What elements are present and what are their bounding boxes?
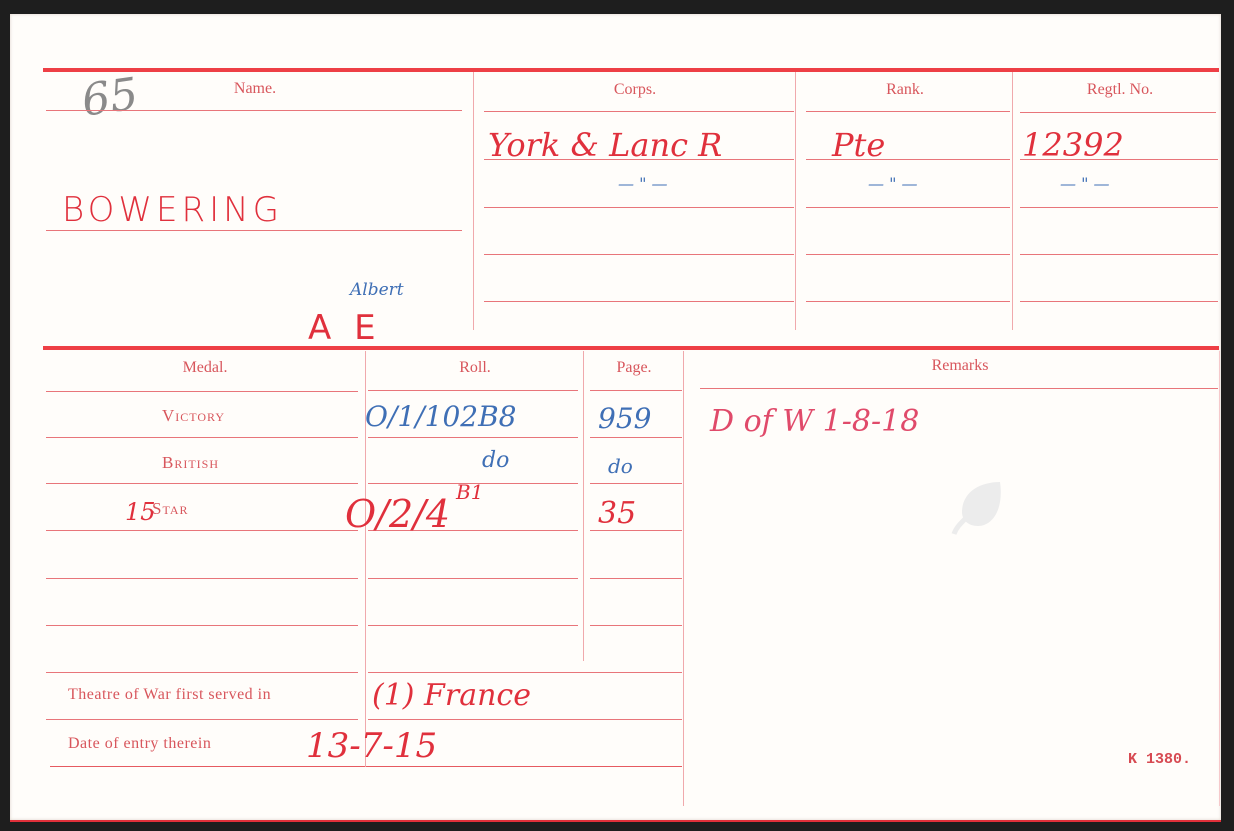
entry-date-label: Date of entry therein [68, 735, 211, 753]
regtl-no-value: 12392 [1022, 126, 1124, 164]
forename-note: Albert [350, 280, 404, 300]
medal-victory: Victory [162, 406, 225, 426]
entry-date-value: 13-7-15 [306, 726, 437, 766]
surname: BOWERING [62, 190, 283, 230]
pencil-number: 65 [79, 68, 142, 126]
theatre-label: Theatre of War first served in [68, 686, 271, 704]
header-page: Page. [588, 359, 680, 377]
header-regtl-no: Regtl. No. [1025, 81, 1215, 99]
regtl-no-ditto: — " — [1060, 174, 1110, 193]
header-roll: Roll. [380, 359, 570, 377]
rank-value: Pte [832, 126, 885, 164]
initials: A E [308, 308, 382, 348]
roll-british: do [482, 448, 509, 473]
roll-victory: O/1/102B8 [365, 400, 516, 433]
header-corps: Corps. [540, 81, 730, 99]
watermark-leaf-icon [950, 480, 1010, 536]
header-remarks: Remarks [860, 357, 1060, 375]
theatre-value: (1) France [372, 678, 531, 713]
page-star: 35 [598, 496, 636, 531]
roll-star: O/2/4 [345, 492, 450, 536]
page-victory: 959 [598, 402, 651, 435]
header-medal: Medal. [110, 359, 300, 377]
roll-star-sup: B1 [456, 480, 483, 504]
star-prefix: 15 [125, 498, 156, 526]
name-underline [46, 230, 462, 231]
medal-star: Star [152, 499, 189, 519]
corps-value: York & Lanc R [488, 126, 722, 164]
medal-british: British [162, 453, 219, 473]
rank-ditto: — " — [868, 174, 918, 193]
header-name: Name. [160, 80, 350, 98]
top-rule [43, 68, 1219, 72]
corps-ditto: — " — [618, 174, 668, 193]
form-code: K 1380. [1128, 751, 1191, 768]
remarks-value: D of W 1-8-18 [710, 404, 919, 439]
page-british: do [608, 454, 633, 478]
mid-rule [43, 346, 1219, 350]
header-rank: Rank. [810, 81, 1000, 99]
medal-index-card: 65 Name. Corps. Rank. Regtl. No. BOWERIN… [10, 14, 1221, 822]
